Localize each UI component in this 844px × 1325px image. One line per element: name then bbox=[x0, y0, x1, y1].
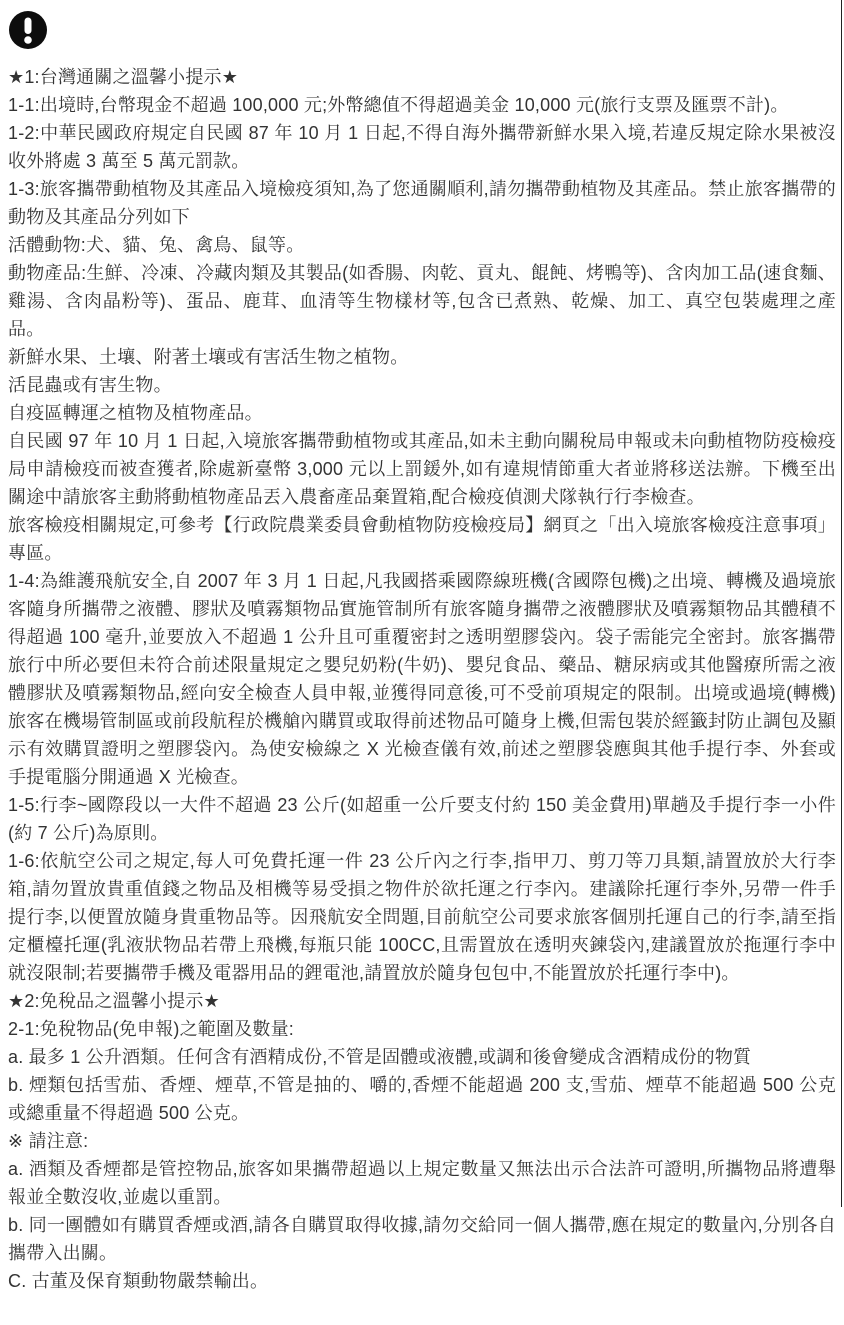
notice-b-group-purchase: b. 同一團體如有購買香煙或酒,請各自購買取得收據,請勿交給同一個人攜帶,應在規… bbox=[8, 1211, 836, 1267]
animal-products-line: 動物產品:生鮮、冷凍、冷藏肉類及其製品(如香腸、肉乾、貢丸、餛飩、烤鴨等)、含肉… bbox=[8, 259, 836, 343]
item-1-4-liquids-rule: 1-4:為維護飛航安全,自 2007 年 3 月 1 日起,凡我國搭乘國際線班機… bbox=[8, 567, 836, 791]
section1-title: ★1:台灣通關之溫馨小提示★ bbox=[8, 63, 836, 91]
item-1-5-baggage-weight: 1-5:行李~國際段以一大件不超過 23 公斤(如超重一公斤要支付約 150 美… bbox=[8, 791, 836, 847]
item-2-1-dutyfree-scope: 2-1:免稅物品(免申報)之範圍及數量: bbox=[8, 1015, 836, 1043]
live-animals-line: 活體動物:犬、貓、兔、禽鳥、鼠等。 bbox=[8, 231, 836, 259]
table-border-line bbox=[841, 0, 842, 1207]
section2-title: ★2:免稅品之溫馨小提示★ bbox=[8, 987, 836, 1015]
document-body: ★1:台灣通關之溫馨小提示★ 1-1:出境時,台幣現金不超過 100,000 元… bbox=[0, 63, 844, 1325]
dutyfree-alcohol-line: a. 最多 1 公升酒類。任何含有酒精成份,不管是固體或液體,或調和後會變成含酒… bbox=[8, 1043, 836, 1071]
item-1-6-checked-baggage: 1-6:依航空公司之規定,每人可免費托運一件 23 公斤內之行李,指甲刀、剪刀等… bbox=[8, 847, 836, 987]
notice-c-antiques-ban: C. 古董及保育類動物嚴禁輸出。 bbox=[8, 1267, 836, 1295]
item-1-2-fresh-fruit-ban: 1-2:中華民國政府規定自民國 87 年 10 月 1 日起,不得自海外攜帶新鮮… bbox=[8, 119, 836, 175]
item-1-1-currency-limit: 1-1:出境時,台幣現金不超過 100,000 元;外幣總值不得超過美金 10,… bbox=[8, 91, 836, 119]
notice-a-controlled-goods: a. 酒類及香煙都是管控物品,旅客如果攜帶超過以上規定數量又無法出示合法許可證明… bbox=[8, 1155, 836, 1211]
dutyfree-tobacco-line: b. 煙類包括雪茄、香煙、煙草,不管是抽的、嚼的,香煙不能超過 200 支,雪茄… bbox=[8, 1071, 836, 1127]
customs-tips-document: ★1:台灣通關之溫馨小提示★ 1-1:出境時,台幣現金不超過 100,000 元… bbox=[0, 0, 844, 1325]
item-1-3-quarantine-notice: 1-3:旅客攜帶動植物及其產品入境檢疫須知,為了您通關順利,請勿攜帶動植物及其產… bbox=[8, 175, 836, 231]
live-insects-line: 活昆蟲或有害生物。 bbox=[8, 371, 836, 399]
notice-heading: ※ 請注意: bbox=[8, 1127, 836, 1155]
quarantine-reference-paragraph: 旅客檢疫相關規定,可參考【行政院農業委員會動植物防疫檢疫局】網頁之「出入境旅客檢… bbox=[8, 511, 836, 567]
quarantine-penalty-paragraph: 自民國 97 年 10 月 1 日起,入境旅客攜帶動植物或其產品,如未主動向關稅… bbox=[8, 427, 836, 511]
transit-plants-line: 自疫區轉運之植物及植物產品。 bbox=[8, 399, 836, 427]
alert-exclamation-circle-icon bbox=[8, 10, 48, 50]
fresh-fruit-soil-line: 新鮮水果、土壤、附著土壤或有害活生物之植物。 bbox=[8, 343, 836, 371]
